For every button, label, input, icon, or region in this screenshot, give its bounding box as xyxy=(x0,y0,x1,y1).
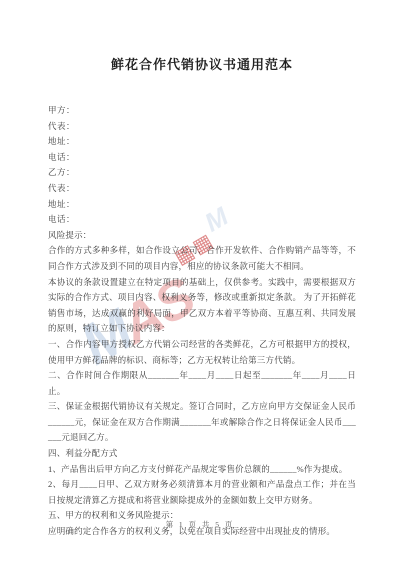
clause-4-item-2: 2、每月____日甲、乙双方财务必须清算本月的营业额和产品盘点工作；并在当日按规… xyxy=(48,477,356,508)
document-page: M AS ▦▦ M 鲜花合作代销协议书通用范本 甲方： 代表： 地址： 电话： … xyxy=(0,0,400,565)
page-number-footer: 第 1 页 共 5 页 xyxy=(0,519,400,530)
clause-1-cooperation-content: 一、合作内容甲方授权乙方代销公司经营的各类鲜花，乙方可根据甲方的授权，使用甲方鲜… xyxy=(48,337,356,368)
page-title: 鲜花合作代销协议书通用范本 xyxy=(48,54,356,73)
party-field-dianhua-2: 电话： xyxy=(48,212,356,228)
clause-4-item-1: 1、产品售出后甲方向乙方支付鲜花产品规定零售价总额的______%作为提成。 xyxy=(48,462,356,478)
clause-2-cooperation-period: 二、合作时间合作期限从_______年____月____日起至_______年_… xyxy=(48,368,356,399)
clause-4-profit-distribution: 四、利益分配方式 xyxy=(48,446,356,462)
paragraph-risk-1: 合作的方式多种多样，如合作设立公司、合作开发软件、合作购销产品等等，不同合作方式… xyxy=(48,243,356,274)
party-field-daibiao-1: 代表： xyxy=(48,119,356,135)
party-info-block: 甲方： 代表： 地址： 电话： 乙方： 代表： 地址： 电话： xyxy=(48,103,356,228)
clause-3-deposit: 三、保证金根据代销协议有关规定。签订合同时，乙方应向甲方交保证金人民币_____… xyxy=(48,399,356,446)
party-field-dizhi-1: 地址： xyxy=(48,134,356,150)
document-content: 鲜花合作代销协议书通用范本 甲方： 代表： 地址： 电话： 乙方： 代表： 地址… xyxy=(0,0,400,540)
party-field-dianhua-1: 电话： xyxy=(48,150,356,166)
party-field-yifang: 乙方： xyxy=(48,165,356,181)
paragraph-risk-label: 风险提示： xyxy=(48,228,356,244)
party-field-jiafang: 甲方： xyxy=(48,103,356,119)
party-field-dizhi-2: 地址： xyxy=(48,197,356,213)
paragraph-risk-2: 本协议的条款设置建立在特定项目的基础上，仅供参考。实践中，需要根据双方实际的合作… xyxy=(48,275,356,337)
party-field-daibiao-2: 代表： xyxy=(48,181,356,197)
body-paragraphs: 风险提示： 合作的方式多种多样，如合作设立公司、合作开发软件、合作购销产品等等，… xyxy=(48,228,356,540)
